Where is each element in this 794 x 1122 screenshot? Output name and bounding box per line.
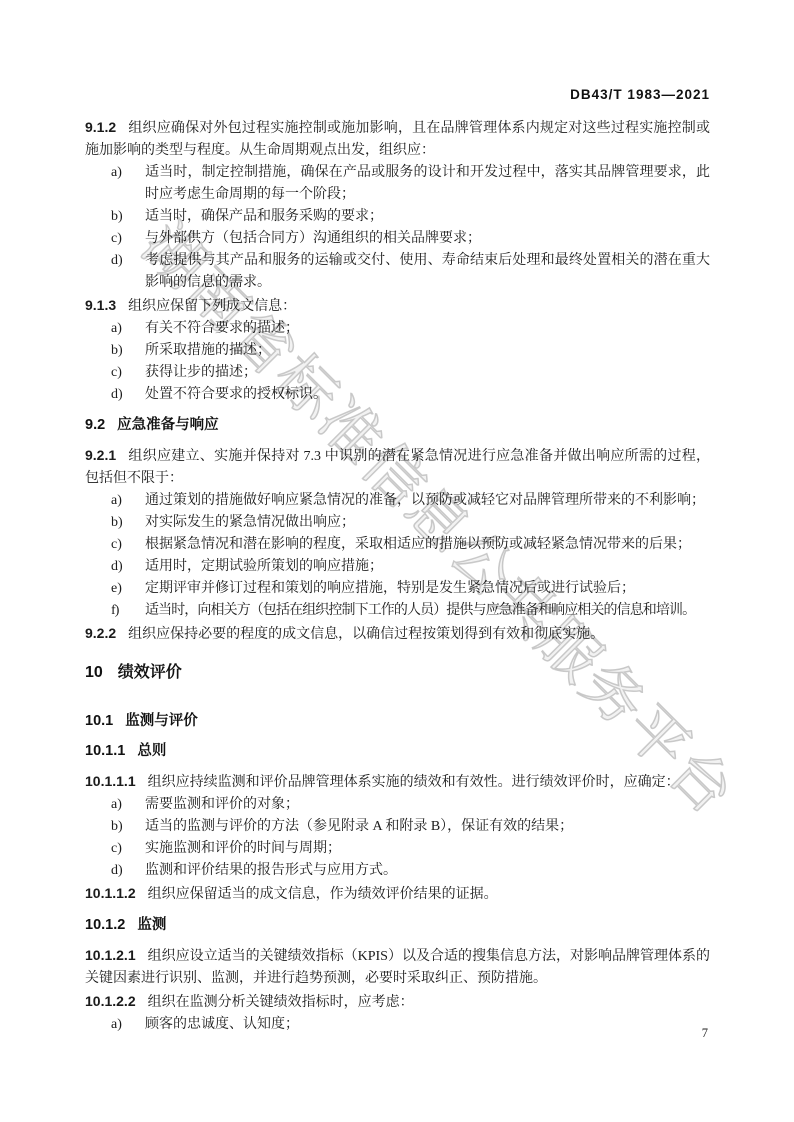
list-item: c)根据紧急情况和潜在影响的程度，采取相适应的措施以预防或减轻紧急情况带来的后果…	[85, 534, 710, 556]
list-item-text: 所采取措施的描述；	[145, 343, 271, 358]
list-item: a)适当时，制定控制措施，确保在产品或服务的设计和开发过程中，落实其品牌管理要求…	[85, 162, 710, 206]
list-item-label: b)	[111, 816, 145, 838]
list-item-text: 适当时，制定控制措施，确保在产品或服务的设计和开发过程中，落实其品牌管理要求，此…	[145, 165, 710, 202]
list-item-label: c)	[111, 228, 145, 250]
list-item: b)适当的监测与评价的方法（参见附录 A 和附录 B），保证有效的结果；	[85, 816, 710, 838]
clause-10-1-2-2: 10.1.2.2组织在监测分析关键绩效指标时，应考虑：	[85, 990, 710, 1014]
list-item: d)监测和评价结果的报告形式与应用方式。	[85, 860, 710, 882]
heading-title: 监测与评价	[125, 713, 198, 729]
list-item-label: d)	[111, 384, 145, 406]
list-item-text: 定期评审并修订过程和策划的响应措施，特别是发生紧急情况后或进行试验后；	[145, 581, 635, 596]
list-item: a)有关不符合要求的描述；	[85, 318, 710, 340]
list-item-text: 适当时，向相关方（包括在组织控制下工作的人员）提供与应急准备和响应相关的信息和培…	[145, 603, 695, 618]
clause-number: 10.1.1.2	[85, 885, 136, 901]
list-item-label: c)	[111, 838, 145, 860]
list-item-text: 对实际发生的紧急情况做出响应；	[145, 515, 355, 530]
document-page: 湖南省标准信息公共服务平台 DB43/T 1983—2021 9.1.2组织应确…	[0, 0, 794, 1122]
list-item-label: b)	[111, 206, 145, 228]
list-item: d)考虑提供与其产品和服务的运输或交付、使用、寿命结束后处理和最终处置相关的潜在…	[85, 250, 710, 294]
heading-title: 应急准备与响应	[117, 417, 219, 433]
clause-number: 9.2.2	[85, 625, 116, 641]
list-item: c)获得让步的描述；	[85, 362, 710, 384]
list-item: c)实施监测和评价的时间与周期；	[85, 838, 710, 860]
clause-number: 9.1.3	[85, 297, 116, 313]
heading-title: 监测	[137, 917, 166, 933]
list-item-text: 考虑提供与其产品和服务的运输或交付、使用、寿命结束后处理和最终处置相关的潜在重大…	[145, 253, 710, 290]
clause-9-2-1: 9.2.1组织应建立、实施并保持对 7.3 中识别的潜在紧急情况进行应急准备并做…	[85, 444, 710, 490]
list-item: e)定期评审并修订过程和策划的响应措施，特别是发生紧急情况后或进行试验后；	[85, 578, 710, 600]
clause-number: 10.1.2.1	[85, 947, 136, 963]
heading-10-1-2: 10.1.2监测	[85, 914, 710, 936]
heading-9-2: 9.2应急准备与响应	[85, 414, 710, 436]
list-item-text: 适当时，确保产品和服务采购的要求；	[145, 209, 383, 224]
document-content: 9.1.2组织应确保对外包过程实施控制或施加影响，且在品牌管理体系内规定对这些过…	[85, 116, 710, 1036]
list-item: c)与外部供方（包括合同方）沟通组织的相关品牌要求；	[85, 228, 710, 250]
list-item-label: d)	[111, 250, 145, 272]
clause-10-1-1-1: 10.1.1.1组织应持续监测和评价品牌管理体系实施的绩效和有效性。进行绩效评价…	[85, 770, 710, 794]
clause-9-2-2: 9.2.2组织应保持必要的程度的成文信息，以确信过程按策划得到有效和彻底实施。	[85, 622, 710, 646]
clause-9-1-3: 9.1.3组织应保留下列成文信息：	[85, 294, 710, 318]
list-item-text: 与外部供方（包括合同方）沟通组织的相关品牌要求；	[145, 231, 481, 246]
list-item-label: a)	[111, 162, 145, 184]
list-item: d)适用时，定期试验所策划的响应措施；	[85, 556, 710, 578]
list-item-text: 有关不符合要求的描述；	[145, 321, 299, 336]
list-item-label: a)	[111, 490, 145, 512]
clause-10-1-1-2: 10.1.1.2组织应保留适当的成文信息，作为绩效评价结果的证据。	[85, 882, 710, 906]
heading-10-1: 10.1监测与评价	[85, 710, 710, 732]
heading-10: 10绩效评价	[85, 660, 710, 686]
heading-number: 9.2	[85, 417, 105, 433]
heading-title: 绩效评价	[118, 664, 182, 681]
clause-text: 组织应保留适当的成文信息，作为绩效评价结果的证据。	[148, 887, 498, 902]
list-item-text: 通过策划的措施做好响应紧急情况的准备，以预防或减轻它对品牌管理所带来的不利影响；	[145, 493, 705, 508]
list-item: a)通过策划的措施做好响应紧急情况的准备，以预防或减轻它对品牌管理所带来的不利影…	[85, 490, 710, 512]
heading-number: 10.1.2	[85, 917, 125, 933]
clause-number: 10.1.2.2	[85, 993, 136, 1009]
list-item-label: a)	[111, 1014, 145, 1036]
heading-10-1-1: 10.1.1总则	[85, 740, 710, 762]
clause-10-1-2-1: 10.1.2.1组织应设立适当的关键绩效指标（KPIS）以及合适的搜集信息方法，…	[85, 944, 710, 990]
list-item-text: 监测和评价结果的报告形式与应用方式。	[145, 863, 397, 878]
clause-number: 9.2.1	[85, 447, 116, 463]
list-item-label: a)	[111, 794, 145, 816]
list-item: f)适当时，向相关方（包括在组织控制下工作的人员）提供与应急准备和响应相关的信息…	[85, 600, 710, 622]
list-item: b)所采取措施的描述；	[85, 340, 710, 362]
heading-number: 10.1.1	[85, 743, 125, 759]
list-item-text: 需要监测和评价的对象；	[145, 797, 299, 812]
list-item-label: b)	[111, 340, 145, 362]
heading-title: 总则	[137, 743, 166, 759]
list-item-text: 适用时，定期试验所策划的响应措施；	[145, 559, 383, 574]
list-item: b)适当时，确保产品和服务采购的要求；	[85, 206, 710, 228]
list-item-label: b)	[111, 512, 145, 534]
list-item-label: d)	[111, 556, 145, 578]
clause-text: 组织应持续监测和评价品牌管理体系实施的绩效和有效性。进行绩效评价时，应确定：	[148, 775, 680, 790]
list-item-label: d)	[111, 860, 145, 882]
heading-number: 10.1	[85, 713, 113, 729]
list-item-label: c)	[111, 534, 145, 556]
list-item-label: e)	[111, 578, 145, 600]
list-item: d)处置不符合要求的授权标识。	[85, 384, 710, 406]
clause-text: 组织应设立适当的关键绩效指标（KPIS）以及合适的搜集信息方法，对影响品牌管理体…	[85, 949, 710, 986]
clause-text: 组织应建立、实施并保持对 7.3 中识别的潜在紧急情况进行应急准备并做出响应所需…	[85, 449, 710, 486]
list-item-text: 适当的监测与评价的方法（参见附录 A 和附录 B），保证有效的结果；	[145, 819, 573, 834]
list-item-text: 根据紧急情况和潜在影响的程度，采取相适应的措施以预防或减轻紧急情况带来的后果；	[145, 537, 691, 552]
clause-text: 组织应确保对外包过程实施控制或施加影响，且在品牌管理体系内规定对这些过程实施控制…	[85, 121, 710, 158]
list-item-text: 顾客的忠诚度、认知度；	[145, 1017, 299, 1032]
clause-number: 9.1.2	[85, 119, 116, 135]
heading-number: 10	[85, 664, 103, 681]
clause-text: 组织在监测分析关键绩效指标时，应考虑：	[148, 995, 414, 1010]
list-item-text: 获得让步的描述；	[145, 365, 257, 380]
list-item-text: 实施监测和评价的时间与周期；	[145, 841, 341, 856]
page-number: 7	[702, 1026, 708, 1041]
list-item: b)对实际发生的紧急情况做出响应；	[85, 512, 710, 534]
list-item-text: 处置不符合要求的授权标识。	[145, 387, 327, 402]
list-item-label: c)	[111, 362, 145, 384]
list-item: a)需要监测和评价的对象；	[85, 794, 710, 816]
clause-9-1-2: 9.1.2组织应确保对外包过程实施控制或施加影响，且在品牌管理体系内规定对这些过…	[85, 116, 710, 162]
list-item: a)顾客的忠诚度、认知度；	[85, 1014, 710, 1036]
clause-text: 组织应保持必要的程度的成文信息，以确信过程按策划得到有效和彻底实施。	[128, 627, 604, 642]
clause-number: 10.1.1.1	[85, 773, 136, 789]
standard-code-header: DB43/T 1983—2021	[570, 87, 710, 102]
list-item-label: a)	[111, 318, 145, 340]
clause-text: 组织应保留下列成文信息：	[128, 299, 296, 314]
list-item-label: f)	[111, 600, 145, 622]
